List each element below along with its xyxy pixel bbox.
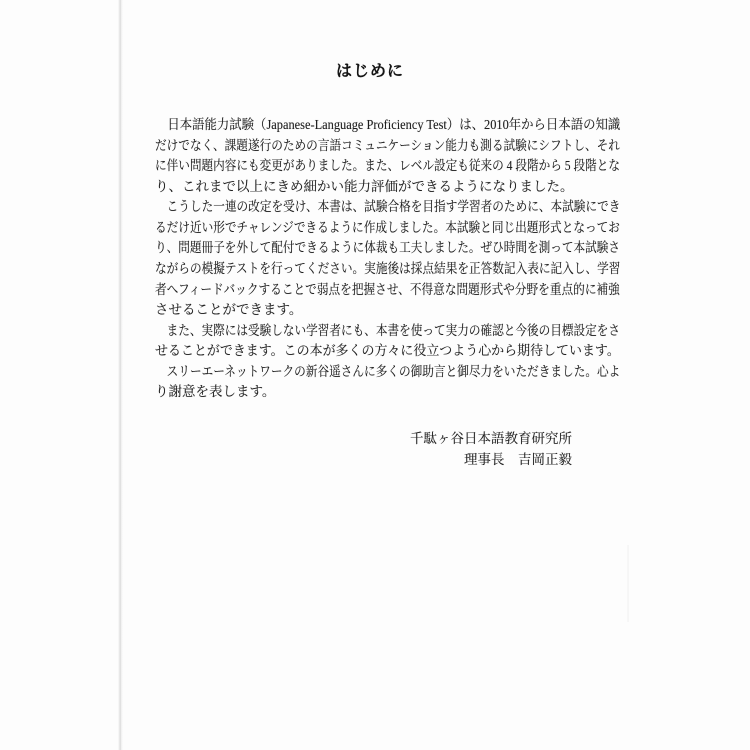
text-line: また、実際には受験しない学習者にも、本書を使って実力の確認と今後の目標設定をさ	[155, 321, 555, 342]
text-line: るだけ近い形でチャレンジできるように作成しました。本試験と同じ出題形式となってお	[155, 218, 556, 239]
preface-body: 日本語能力試験（Japanese-Language Proficiency Te…	[155, 115, 620, 403]
text-line: に伴い問題内容にも変更がありました。また、レベル設定も従来の 4 段階から 5 …	[155, 156, 555, 177]
text-line: させることができます。	[155, 300, 620, 321]
text-line: ながらの模擬テストを行ってください。実施後は採点結果を正答数記入表に記入し、学習	[155, 259, 556, 280]
text-line: 者へフィードバックすることで弱点を把握させ、不得意な問題形式や分野を重点的に補強	[155, 280, 557, 301]
signature-organization: 千駄ヶ谷日本語教育研究所	[155, 429, 620, 450]
signature-block: 千駄ヶ谷日本語教育研究所 理事長 吉岡正毅	[155, 429, 620, 470]
text-line: こうした一連の改定を受け、本書は、試験合格を目指す学習者のために、本試験にでき	[155, 197, 556, 218]
book-page: はじめに 日本語能力試験（Japanese-Language Proficien…	[0, 0, 750, 750]
text-line: り、これまで以上にきめ細かい能力評価ができるようになりました。	[155, 177, 620, 198]
page-gutter-shadow	[118, 0, 123, 750]
text-line: り、問題冊子を外して配付できるように体裁も工夫しました。ぜひ時間を測って本試験さ	[155, 238, 555, 259]
text-line: 日本語能力試験（Japanese-Language Proficiency Te…	[155, 115, 581, 136]
page-title: はじめに	[121, 58, 619, 81]
text-line: スリーエーネットワークの新谷遥さんに多くの御助言と御尽力をいただきました。心よ	[155, 362, 556, 383]
text-line: せることができます。この本が多くの方々に役立つよう心から期待しています。	[155, 341, 602, 362]
text-line: り謝意を表します。	[155, 382, 620, 403]
text-line: だけでなく、課題遂行のための言語コミュニケーション能力も測る試験にシフトし、それ	[155, 136, 556, 157]
scan-edge-artifact	[627, 545, 629, 622]
signature-name: 理事長 吉岡正毅	[155, 450, 620, 471]
